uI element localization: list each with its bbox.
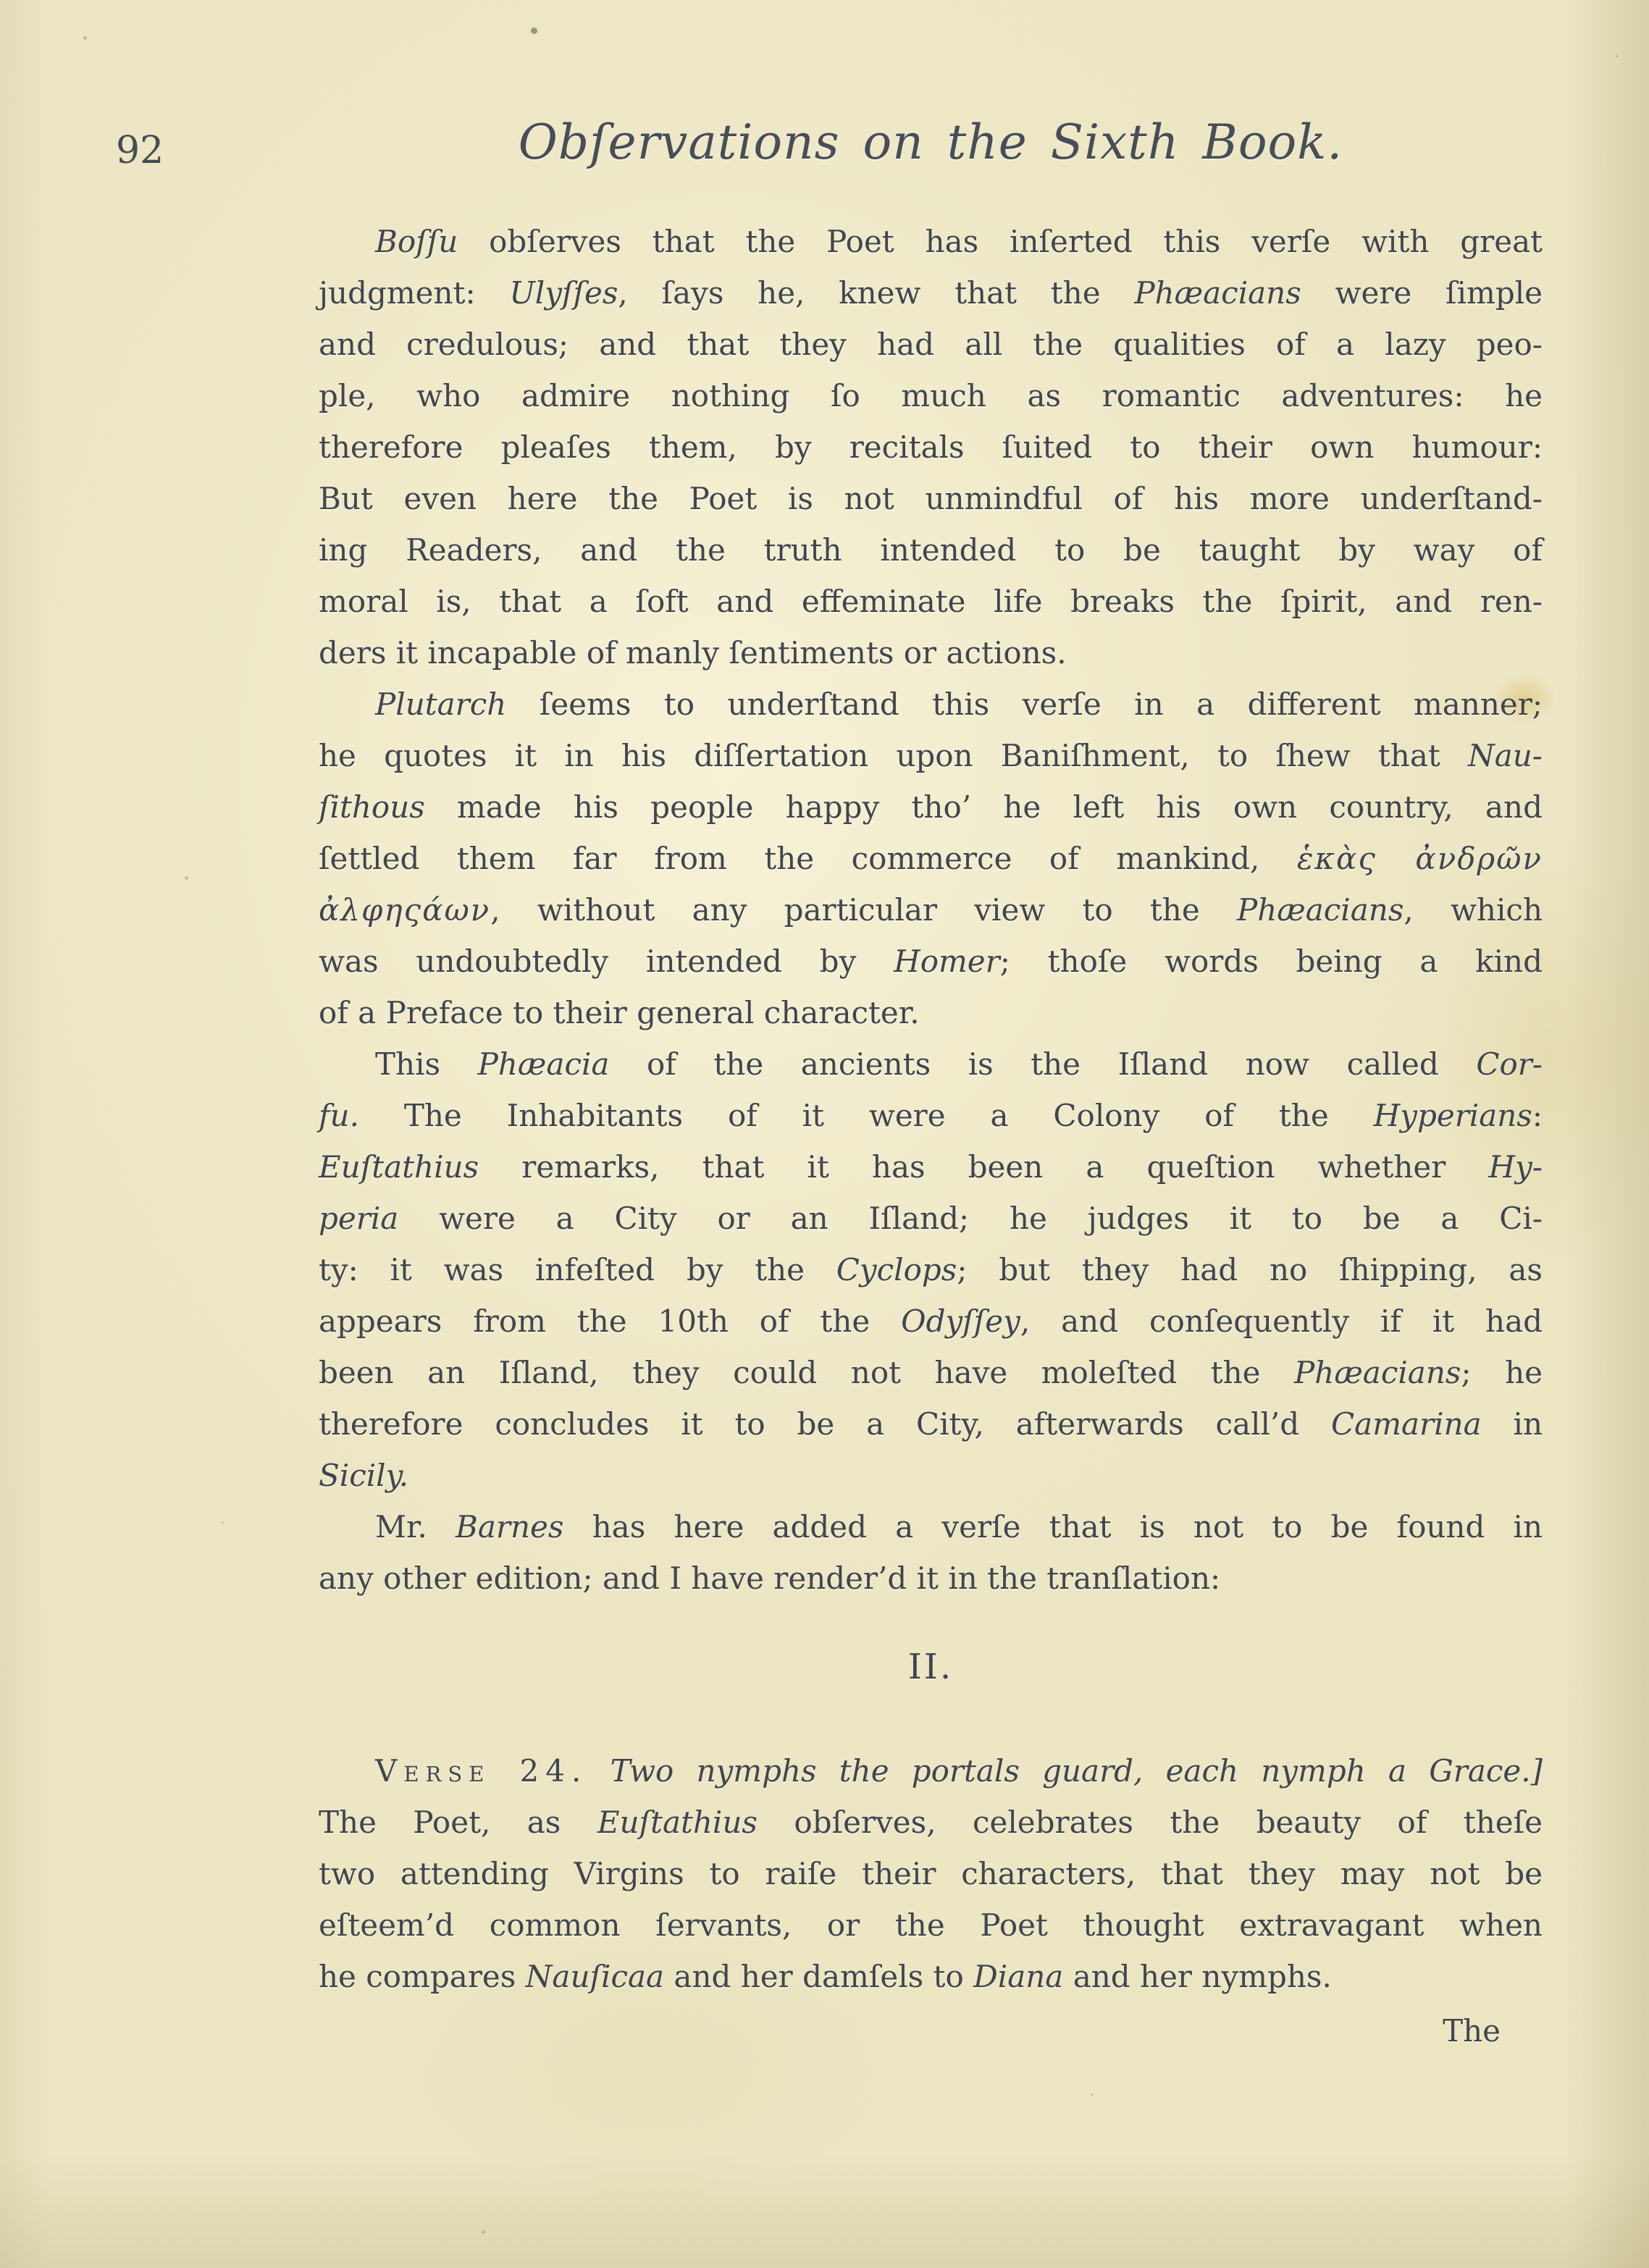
paragraph: Boſſu obſerves that the Poet has inſerte… [319, 216, 1543, 679]
paragraph: Mr. Barnes has here added a verſe that i… [319, 1501, 1543, 1604]
text-line: moral is, that a ſoft and effeminate lif… [319, 576, 1543, 627]
text-line: ἀλφηςάων, without any particular view to… [319, 884, 1543, 936]
text-line: was undoubtedly intended by Homer; thoſe… [319, 936, 1543, 987]
text-line: judgment: Ulyſſes, ſays he, knew that th… [319, 267, 1543, 319]
text-line: and credulous; and that they had all the… [319, 319, 1543, 370]
text-line: any other edition; and I have render’d i… [319, 1553, 1543, 1604]
text-line: Euſtathius remarks, that it has been a q… [319, 1141, 1543, 1193]
running-title: Obſervations on the Sixth Book. [319, 114, 1543, 170]
text-line: therefore concludes it to be a City, aft… [319, 1398, 1543, 1450]
text-line: ty: it was infeſted by the Cyclops; but … [319, 1244, 1543, 1295]
observations-section: Boſſu obſerves that the Poet has inſerte… [319, 216, 1543, 1604]
text-line: ple, who admire nothing ſo much as roman… [319, 370, 1543, 421]
text-line: of a Preface to their general character. [319, 987, 1543, 1038]
text-line: Verse 24. Two nymphs the portals guard, … [319, 1745, 1543, 1797]
text-line: ing Readers, and the truth intended to b… [319, 524, 1543, 576]
text-line: The Poet, as Euſtathius obſerves, celebr… [319, 1797, 1543, 1848]
text-line: he quotes it in his diſſertation upon Ba… [319, 730, 1543, 781]
text-line: Boſſu obſerves that the Poet has inſerte… [319, 216, 1543, 267]
paragraph: Verse 24. Two nymphs the portals guard, … [319, 1745, 1543, 2002]
paper-speck [531, 28, 537, 34]
text-line: Plutarch ſeems to underſtand this verſe … [319, 679, 1543, 730]
text-line: This Phæacia of the ancients is the Iſla… [319, 1038, 1543, 1090]
text-line: eſteem’d common ſervants, or the Poet th… [319, 1899, 1543, 1951]
text-line: appears from the 10th of the Odyſſey, an… [319, 1295, 1543, 1347]
text-line: fu. The Inhabitants of it were a Colony … [319, 1090, 1543, 1141]
book-page: 92 Obſervations on the Sixth Book. Boſſu… [0, 0, 1649, 2268]
page-number: 92 [116, 129, 164, 172]
text-line: been an Iſland, they could not have mole… [319, 1347, 1543, 1398]
text-line: he compares Nauſicaa and her damſels to … [319, 1951, 1543, 2002]
text-line: peria were a City or an Iſland; he judge… [319, 1193, 1543, 1244]
text-line: But even here the Poet is not unmindful … [319, 473, 1543, 524]
paragraph: This Phæacia of the ancients is the Iſla… [319, 1038, 1543, 1501]
body-text: Boſſu obſerves that the Poet has inſerte… [319, 216, 1543, 2057]
catchword: The [319, 2005, 1543, 2057]
paragraph: Plutarch ſeems to underſtand this verſe … [319, 679, 1543, 1038]
section-heading: II. [319, 1642, 1543, 1693]
text-line: ſithous made his people happy tho’ he le… [319, 781, 1543, 833]
text-line: therefore pleaſes them, by recitals ſuit… [319, 421, 1543, 473]
text-line: Sicily. [319, 1450, 1543, 1501]
text-line: two attending Virgins to raiſe their cha… [319, 1848, 1543, 1899]
text-line: ders it incapable of manly ſentiments or… [319, 627, 1543, 679]
text-line: ſettled them far from the commerce of ma… [319, 833, 1543, 884]
text-line: Mr. Barnes has here added a verſe that i… [319, 1501, 1543, 1553]
verse-24-section: Verse 24. Two nymphs the portals guard, … [319, 1745, 1543, 2002]
